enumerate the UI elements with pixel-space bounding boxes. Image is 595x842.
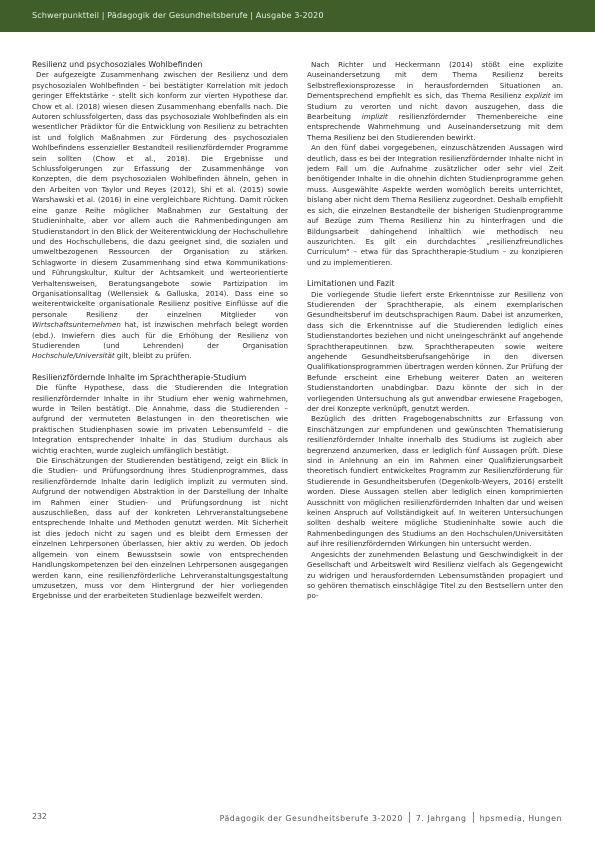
- emphasis: explizit: [525, 91, 551, 100]
- paragraph: Die fünfte Hypothese, dass die Studieren…: [32, 383, 288, 456]
- section-heading-resilienz-wohlbefinden: Resilienz und psychosoziales Wohlbefinde…: [32, 60, 288, 70]
- left-column: Resilienz und psychosoziales Wohlbefinde…: [32, 60, 288, 602]
- section-heading-resilienzfoerdernde-inhalte: Resilienzfördernde Inhalte im Sprachther…: [32, 373, 288, 383]
- volume: 7. Jahrgang: [416, 814, 467, 823]
- emphasis: Wirtschaftsunternehmen: [32, 320, 121, 329]
- paragraph: An den fünf dabei vorgegebenen, einzusch…: [307, 143, 563, 268]
- paragraph: Nach Richter und Heckermann (2014) stößt…: [307, 60, 563, 143]
- paragraph: Angesichts der zunehmenden Belastung und…: [307, 550, 563, 602]
- emphasis: implizit: [362, 112, 388, 121]
- running-title: Schwerpunktteil | Pädagogik der Gesundhe…: [32, 10, 324, 20]
- paragraph: Die Einschätzungen der Studierenden best…: [32, 456, 288, 602]
- divider: [473, 812, 474, 823]
- paragraph: Der aufgezeigte Zusammenhang zwischen de…: [32, 70, 288, 361]
- divider: [409, 812, 410, 823]
- emphasis: Hochschule/Universität: [32, 351, 115, 360]
- section-heading-limitationen-fazit: Limitationen und Fazit: [307, 279, 563, 289]
- page-number: 232: [32, 812, 47, 821]
- running-header-bar: Schwerpunktteil | Pädagogik der Gesundhe…: [0, 0, 595, 32]
- footer-citation: Pädagogik der Gesundheitsberufe 3-20207.…: [220, 812, 562, 823]
- paragraph: Bezüglich des dritten Fragebogenabschnit…: [307, 414, 563, 549]
- right-column: Nach Richter und Heckermann (2014) stößt…: [307, 60, 563, 602]
- publisher: hpsmedia, Hungen: [480, 814, 562, 823]
- journal-name: Pädagogik der Gesundheitsberufe 3-2020: [220, 814, 403, 823]
- paragraph: Die vorliegende Studie liefert erste Erk…: [307, 290, 563, 415]
